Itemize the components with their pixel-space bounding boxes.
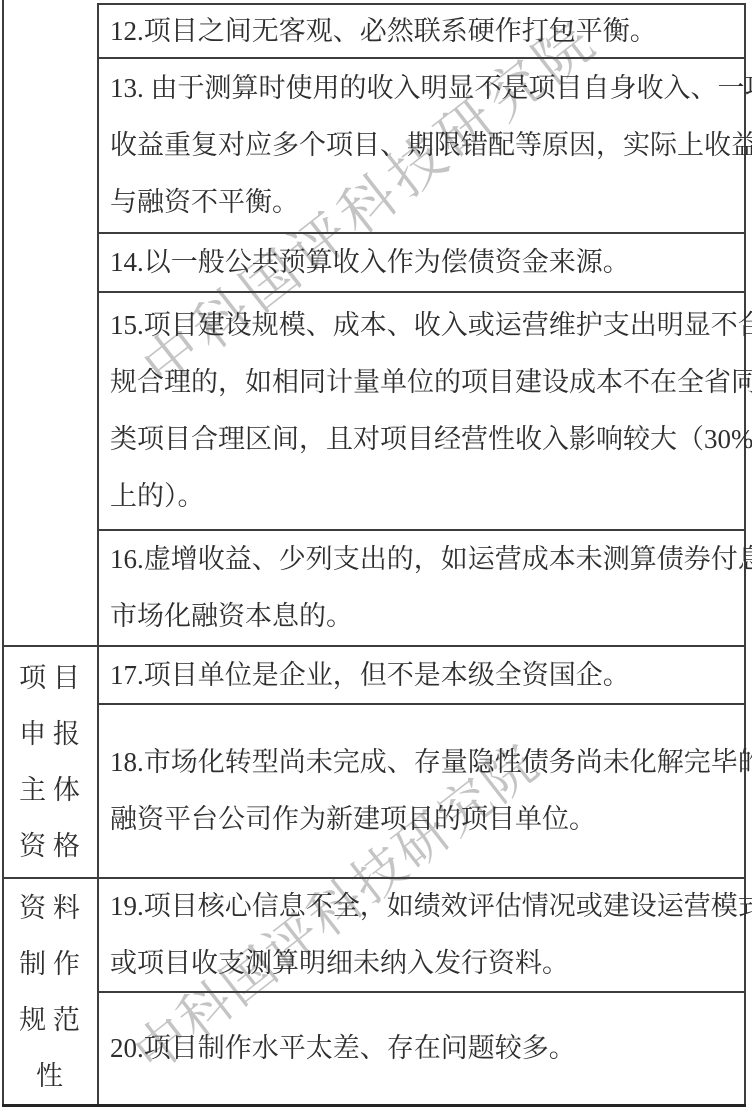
category-cell-material-standardization: 资 料 制 作 规 范 性 — [3, 879, 96, 1104]
item-16-text: 16.虚增收益、少列支出的，如运营成本未测算债券付息、 — [110, 531, 742, 588]
document-page: 中科国评科技研究院 中科国评科技研究院 12.项目之间无客观、必然联系硬作打包平… — [0, 0, 752, 1113]
category-cell-project-applicant-qualification: 项 目 申 报 主 体 资 格 — [3, 647, 96, 877]
category-label-line: 资 料 — [3, 880, 96, 936]
item-13-text: 与融资不平衡。 — [110, 174, 742, 231]
item-16-text: 市场化融资本息的。 — [110, 588, 742, 645]
category-label-line: 制 作 — [3, 936, 96, 992]
item-15-text: 15.项目建设规模、成本、收入或运营维护支出明显不合 — [110, 297, 742, 354]
table-cell-item-17: 17.项目单位是企业，但不是本级全资国企。 — [110, 647, 742, 703]
table-cell-item-14: 14.以一般公共预算收入作为偿债资金来源。 — [110, 233, 742, 291]
item-18-text: 融资平台公司作为新建项目的项目单位。 — [110, 791, 742, 848]
item-14-text: 14.以一般公共预算收入作为偿债资金来源。 — [110, 234, 742, 291]
category-label-line: 主 体 — [3, 762, 96, 818]
item-19-text: 或项目收支测算明细未纳入发行资料。 — [110, 935, 742, 992]
table-cell-item-15: 15.项目建设规模、成本、收入或运营维护支出明显不合 规合理的，如相同计量单位的… — [110, 293, 742, 529]
item-13-text: 13. 由于测算时使用的收入明显不是项目自身收入、一项 — [110, 60, 742, 117]
table-column-divider — [97, 3, 99, 1107]
table-border-bottom — [2, 1104, 746, 1107]
item-13-text: 收益重复对应多个项目、期限错配等原因，实际上收益 — [110, 117, 742, 174]
item-19-text: 19.项目核心信息不全，如绩效评估情况或建设运营模式 — [110, 878, 742, 935]
item-12-text: 12.项目之间无客观、必然联系硬作打包平衡。 — [110, 3, 742, 60]
table-cell-item-18: 18.市场化转型尚未完成、存量隐性债务尚未化解完毕的 融资平台公司作为新建项目的… — [110, 705, 742, 877]
table-cell-item-16: 16.虚增收益、少列支出的，如运营成本未测算债券付息、 市场化融资本息的。 — [110, 531, 742, 645]
table-cell-item-19: 19.项目核心信息不全，如绩效评估情况或建设运营模式 或项目收支测算明细未纳入发… — [110, 879, 742, 991]
item-15-text: 类项目合理区间，且对项目经营性收入影响较大（30%以 — [110, 411, 742, 468]
category-label-line: 资 格 — [3, 818, 96, 874]
table-cell-item-12: 12.项目之间无客观、必然联系硬作打包平衡。 — [110, 5, 742, 57]
category-label-line: 规 范 — [3, 992, 96, 1048]
item-18-text: 18.市场化转型尚未完成、存量隐性债务尚未化解完毕的 — [110, 734, 742, 791]
item-15-text: 上的）。 — [110, 468, 742, 525]
table-cell-item-20: 20.项目制作水平太差、存在问题较多。 — [110, 993, 742, 1104]
table-cell-item-13: 13. 由于测算时使用的收入明显不是项目自身收入、一项 收益重复对应多个项目、期… — [110, 59, 742, 232]
category-label-line: 项 目 — [3, 650, 96, 706]
category-label-line: 性 — [3, 1048, 96, 1104]
category-label-line: 申 报 — [3, 706, 96, 762]
item-15-text: 规合理的，如相同计量单位的项目建设成本不在全省同 — [110, 354, 742, 411]
item-17-text: 17.项目单位是企业，但不是本级全资国企。 — [110, 647, 742, 704]
item-20-text: 20.项目制作水平太差、存在问题较多。 — [110, 1020, 742, 1077]
